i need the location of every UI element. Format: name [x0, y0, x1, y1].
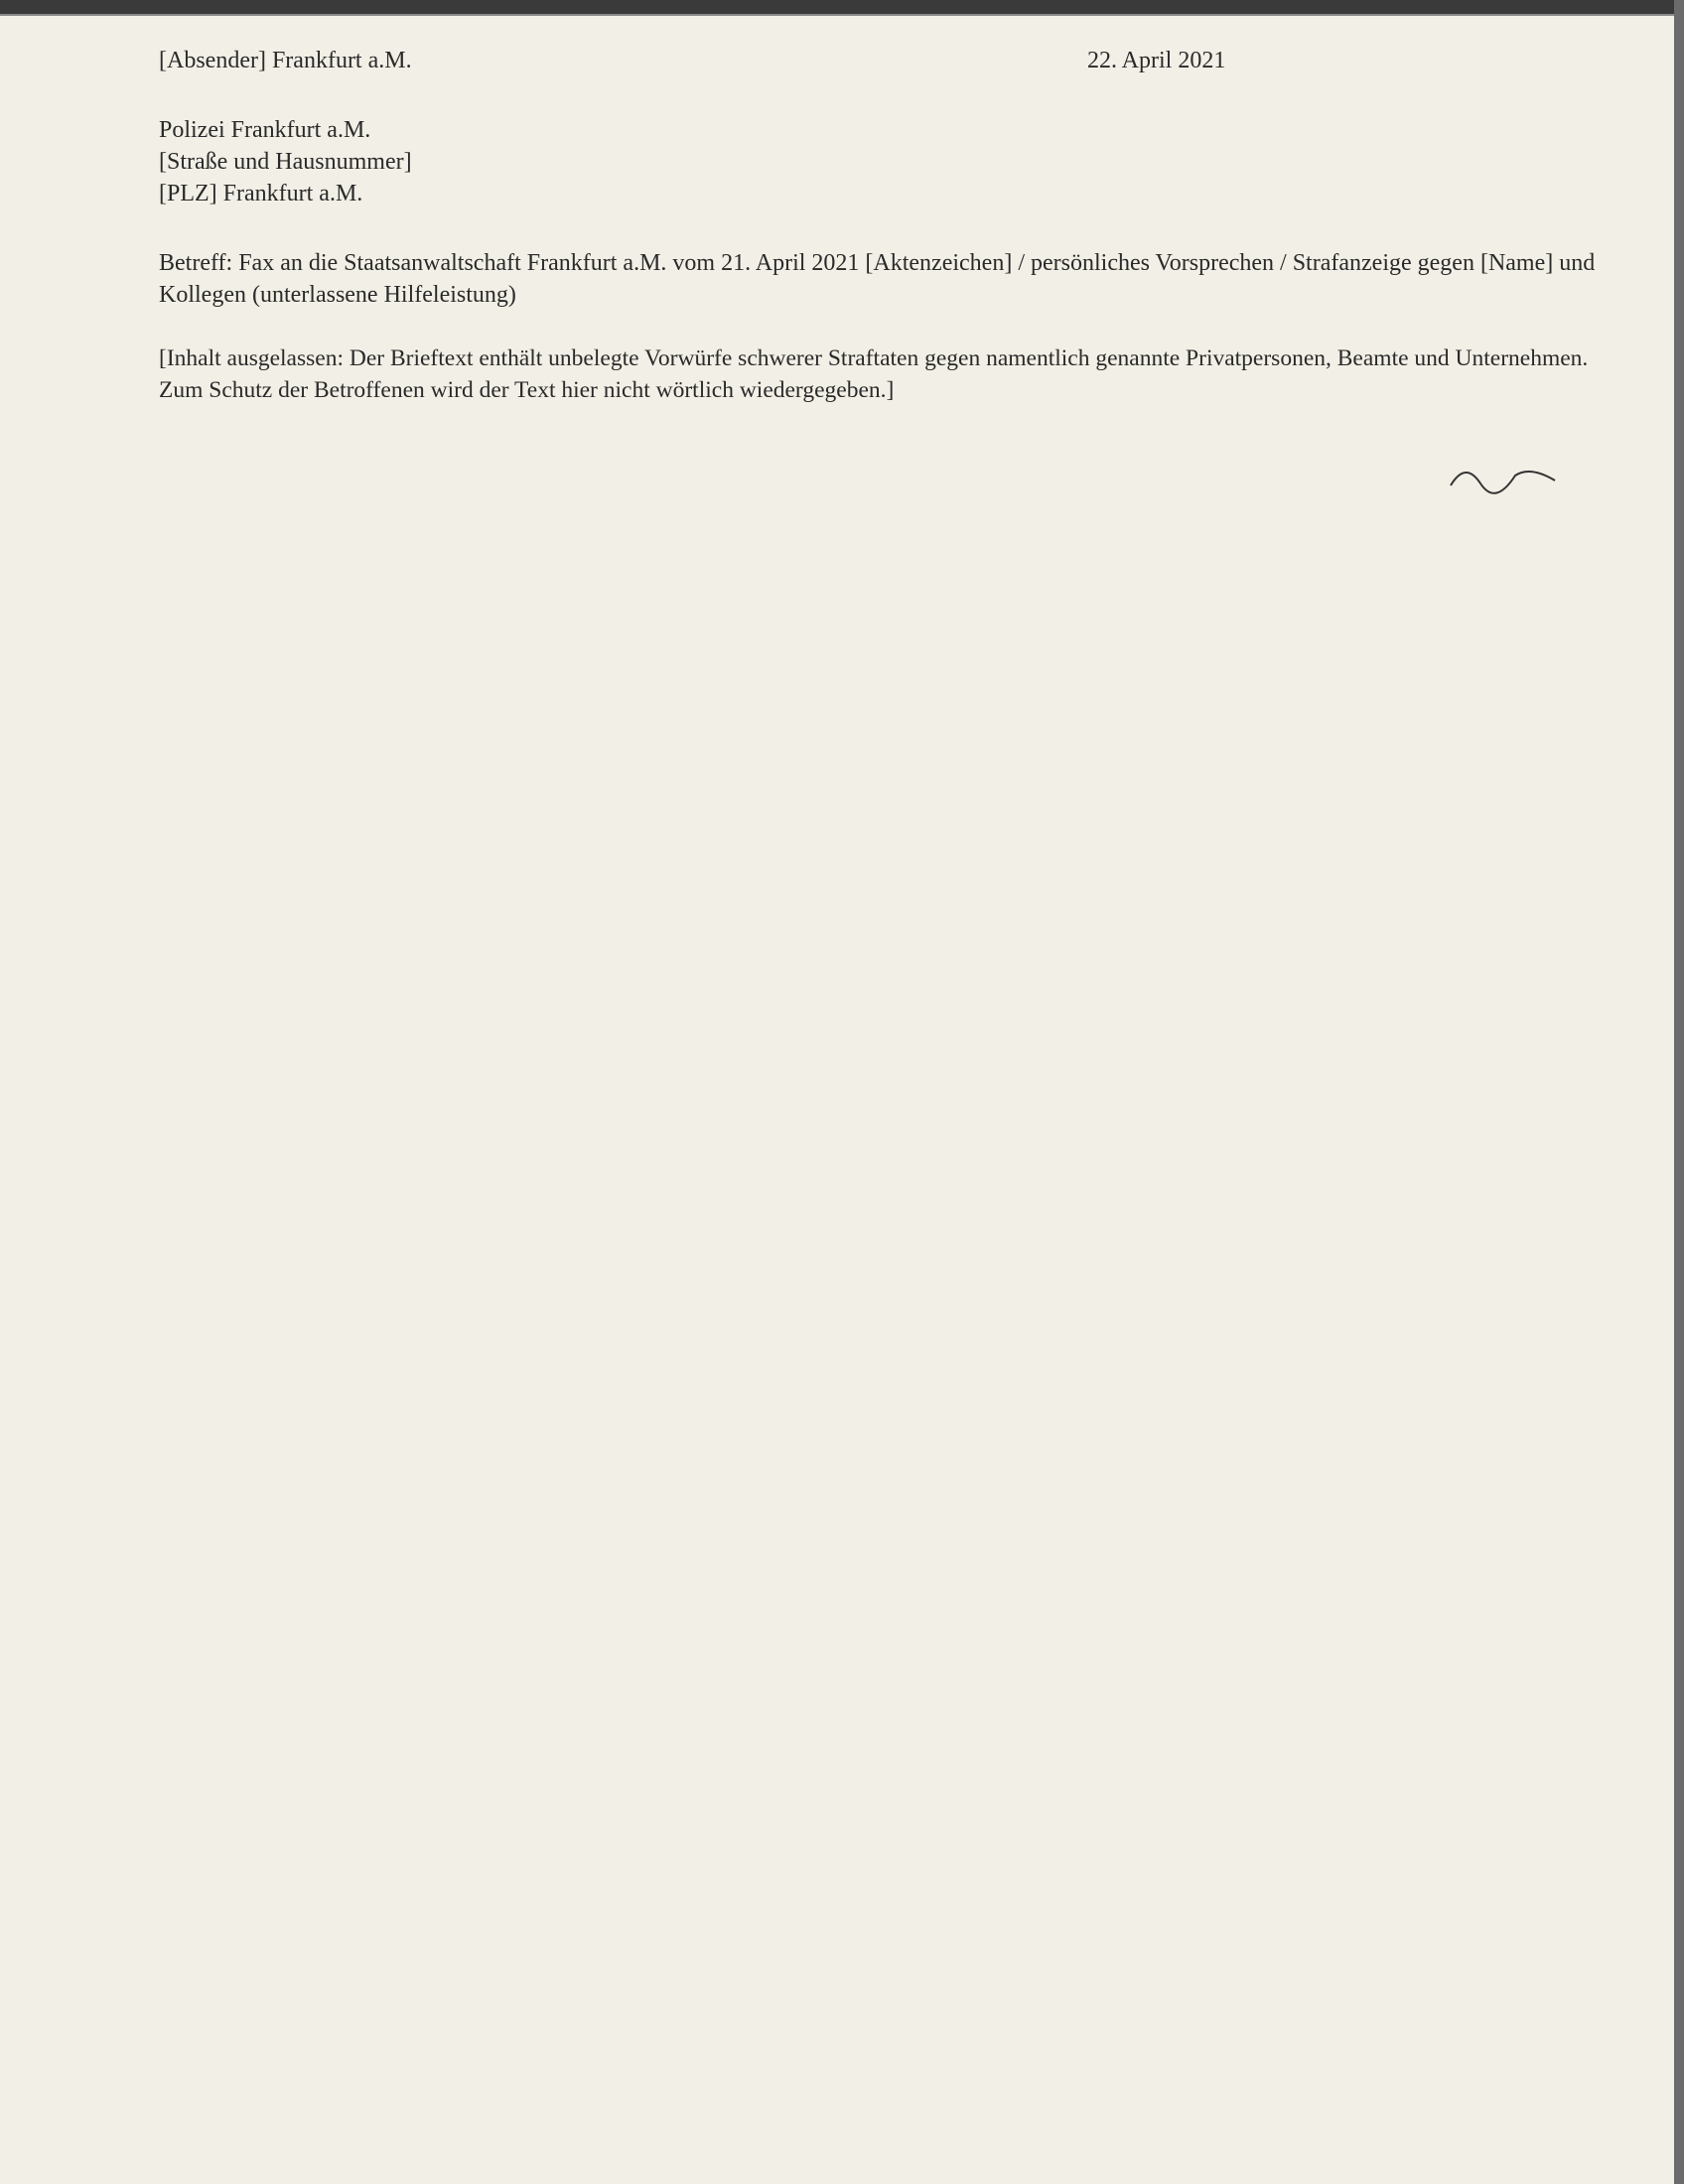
- letter-body: [Inhalt ausgelassen: Der Brieftext enthä…: [159, 342, 1609, 406]
- recipient-line-2: [Straße und Hausnummer]: [159, 146, 1624, 178]
- letter-page: [Absender] Frankfurt a.M. 22. April 2021…: [0, 16, 1684, 406]
- letter-date: 22. April 2021: [1087, 48, 1225, 74]
- recipient-line-1: Polizei Frankfurt a.M.: [159, 114, 1624, 146]
- recipient-line-3: [PLZ] Frankfurt a.M.: [159, 178, 1624, 209]
- letter-subject: Betreff: Fax an die Staatsanwaltschaft F…: [159, 247, 1609, 311]
- signature-mark: [1446, 456, 1565, 495]
- scan-top-edge: [0, 0, 1684, 16]
- letter-header: [Absender] Frankfurt a.M. 22. April 2021: [159, 48, 1624, 74]
- body-paragraph: [Inhalt ausgelassen: Der Brieftext enthä…: [159, 342, 1609, 406]
- recipient-address: Polizei Frankfurt a.M. [Straße und Hausn…: [159, 114, 1624, 209]
- sender-address: [Absender] Frankfurt a.M.: [159, 48, 1087, 74]
